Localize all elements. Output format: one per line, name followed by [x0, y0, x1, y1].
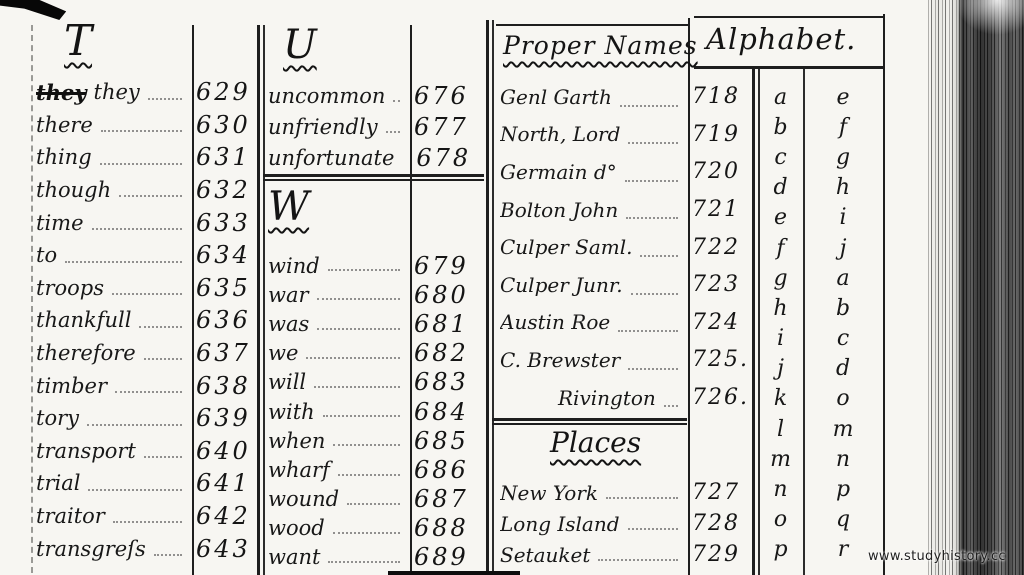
code-entry-row: wound 687: [268, 485, 480, 514]
code-word: there: [36, 113, 93, 137]
code-word: with: [268, 400, 315, 424]
dotted-leader: [148, 98, 182, 100]
code-entry-row: wood 688: [268, 514, 480, 543]
dotted-leader: [620, 105, 678, 107]
code-word: when: [268, 429, 325, 453]
dotted-leader: [317, 298, 400, 300]
dotted-leader: [393, 100, 400, 102]
t-section-header: T: [64, 16, 92, 65]
dotted-leader: [115, 391, 182, 393]
place-name: New York: [500, 481, 598, 505]
code-entry-row: there 630: [36, 109, 254, 142]
plain-letter: d: [758, 175, 803, 200]
places-section-divider: [492, 423, 687, 425]
code-number: 677: [406, 113, 480, 141]
code-entry-row: transport 640: [36, 435, 254, 468]
u-section-divider: [263, 174, 484, 177]
left-margin-rule: [31, 25, 33, 573]
proper-names-header: Proper Names: [503, 31, 698, 60]
places-header: Places: [550, 426, 641, 459]
code-entry-row: C. Brewster 725.: [500, 341, 748, 379]
cipher-letter: q: [803, 507, 883, 532]
cipher-letter: e: [803, 85, 883, 110]
code-entry-row: Culper Saml. 722: [500, 228, 748, 266]
code-word: transport: [36, 439, 136, 463]
code-entry-row: wharf 686: [268, 455, 480, 484]
code-number: 684: [406, 398, 480, 426]
dotted-leader: [65, 261, 182, 263]
code-entry-row: uncommon 676: [268, 80, 480, 111]
code-entry-row: Bolton John 721: [500, 191, 748, 229]
dotted-leader: [628, 142, 678, 144]
dotted-leader: [338, 474, 400, 476]
code-entry-row: Germain d° 720: [500, 153, 748, 191]
plain-letter: n: [758, 477, 803, 502]
place-name: Long Island: [500, 512, 620, 536]
plain-letter: b: [758, 115, 803, 140]
proper-name: Germain d°: [500, 160, 617, 184]
dotted-leader: [640, 255, 678, 257]
code-entry-row: Genl Garth 718: [500, 78, 748, 116]
code-entry-row: unfortunate 678: [268, 142, 480, 173]
torn-corner-mark: [0, 0, 67, 22]
column-divider: [492, 20, 494, 575]
code-entry-row: war 680: [268, 280, 480, 309]
code-word: will: [268, 370, 306, 394]
dotted-leader: [306, 357, 400, 359]
proper-name: Culper Saml.: [500, 235, 632, 259]
code-number: 719: [684, 122, 748, 147]
code-number: 638: [188, 372, 254, 400]
code-entry-row: trial 641: [36, 467, 254, 500]
code-entry-row: tory 639: [36, 402, 254, 435]
code-word: war: [268, 283, 309, 307]
code-entry-row: timber 638: [36, 369, 254, 402]
code-number: 686: [406, 456, 480, 484]
code-entry-row: though 632: [36, 174, 254, 207]
code-entry-row: will 683: [268, 368, 480, 397]
code-word: wound: [268, 487, 339, 511]
code-entry-row: was 681: [268, 309, 480, 338]
code-number: 682: [406, 339, 480, 367]
places-list: New York 727 Long Island 728 Setauket 72…: [500, 477, 748, 575]
cipher-letter: j: [803, 236, 883, 261]
code-number: 688: [406, 514, 480, 542]
plain-letter: l: [758, 417, 803, 442]
code-word: trial: [36, 471, 80, 495]
code-entry-row: to 634: [36, 239, 254, 272]
code-word: tory: [36, 406, 79, 430]
code-word: troops: [36, 276, 104, 300]
dotted-leader: [154, 554, 182, 556]
alphabet-row: d h: [758, 173, 883, 203]
cipher-letter: c: [803, 326, 883, 351]
alphabet-row: m n: [758, 444, 883, 474]
dotted-leader: [139, 326, 182, 328]
alphabet-row: p r: [758, 535, 883, 565]
dotted-leader: [144, 456, 182, 458]
proper-name: Rivington: [558, 386, 656, 410]
code-word: though: [36, 178, 111, 202]
code-number: 687: [406, 485, 480, 513]
alphabet-row: e i: [758, 203, 883, 233]
code-number: 678: [408, 144, 480, 172]
code-number: 729: [684, 542, 748, 567]
code-number: 718: [684, 84, 748, 109]
code-entry-row: we 682: [268, 339, 480, 368]
code-number: 629: [188, 78, 254, 106]
cipher-letter: g: [803, 145, 883, 170]
code-entry-row: therefore 637: [36, 337, 254, 370]
code-entry-row: Austin Roe 724: [500, 304, 748, 342]
alphabet-row: b f: [758, 112, 883, 142]
dotted-leader: [328, 561, 400, 563]
dotted-leader: [333, 444, 400, 446]
code-entry-row: traitor 642: [36, 500, 254, 533]
alphabet-header-rule: [694, 66, 884, 69]
names-top-border: [496, 24, 688, 26]
dotted-leader: [628, 528, 678, 530]
code-word: they: [94, 80, 140, 104]
code-number: 680: [406, 281, 480, 309]
cipher-letter: f: [803, 115, 883, 140]
column-divider: [486, 20, 489, 575]
code-word: time: [36, 211, 84, 235]
code-word: wharf: [268, 458, 330, 482]
t-word-list: they they 629 there 630 thing 631 though…: [36, 76, 254, 570]
w-word-list: wind 679 war 680 was 681 we 682 will 683: [268, 251, 480, 575]
plain-letter: j: [758, 356, 803, 381]
cipher-letter: d: [803, 356, 883, 381]
dotted-leader: [626, 217, 678, 219]
plain-letter: m: [758, 447, 803, 472]
code-number: 676: [406, 82, 480, 110]
proper-name: Culper Junr.: [500, 273, 623, 297]
code-word: unfortunate: [268, 146, 394, 170]
code-word: unfriendly: [268, 115, 378, 139]
alphabet-row: j d: [758, 354, 883, 384]
plain-letter: i: [758, 326, 803, 351]
place-name: Setauket: [500, 543, 590, 567]
plain-letter: o: [758, 507, 803, 532]
code-word: traitor: [36, 504, 105, 528]
cipher-letter: i: [803, 205, 883, 230]
cipher-letter: h: [803, 175, 883, 200]
u-word-list: uncommon 676 unfriendly 677 unfortunate …: [268, 80, 480, 174]
code-number: 724: [684, 310, 748, 335]
code-entry-row: time 633: [36, 206, 254, 239]
code-number: 640: [188, 437, 254, 465]
code-number: 635: [188, 274, 254, 302]
alphabet-row: n p: [758, 474, 883, 504]
dotted-leader: [598, 559, 678, 561]
code-number: 636: [188, 306, 254, 334]
code-entry-row: Rivington 726.: [500, 379, 748, 417]
code-entry-row: thankfull 636: [36, 304, 254, 337]
code-number: 681: [406, 310, 480, 338]
alphabet-row: c g: [758, 142, 883, 172]
code-number: 630: [188, 111, 254, 139]
dotted-leader: [87, 424, 182, 426]
cipher-letter: p: [803, 477, 883, 502]
book-page-edges: [928, 0, 1024, 575]
places-section-divider: [492, 418, 687, 421]
struck-word: they: [36, 80, 87, 105]
code-entry-row: they they 629: [36, 76, 254, 109]
dotted-leader: [618, 330, 678, 332]
dotted-leader: [101, 130, 182, 132]
alphabet-row: h b: [758, 293, 883, 323]
code-number: 721: [684, 197, 748, 222]
alphabet-row: k o: [758, 384, 883, 414]
code-number: 642: [188, 502, 254, 530]
cipher-letter: n: [803, 447, 883, 472]
dotted-leader: [664, 405, 678, 407]
code-number: 633: [188, 209, 254, 237]
codebook-page: www.studyhistory.cc T U W Proper Names A…: [0, 0, 1024, 575]
code-number: 683: [406, 368, 480, 396]
code-word: wood: [268, 516, 325, 540]
code-entry-row: want 689: [268, 543, 480, 572]
code-word: to: [36, 243, 57, 267]
code-entry-row: North, Lord 719: [500, 116, 748, 154]
dotted-leader: [119, 195, 182, 197]
dotted-leader: [112, 293, 182, 295]
code-word: wind: [268, 254, 320, 278]
u-section-divider: [263, 179, 484, 181]
code-number: 637: [188, 339, 254, 367]
cipher-letter: b: [803, 296, 883, 321]
column-divider: [257, 25, 260, 575]
alphabet-cipher-list: a e b f c g d h e i f j g a h b: [758, 82, 883, 570]
alphabet-left-divider: [752, 66, 755, 575]
alphabet-row: o q: [758, 505, 883, 535]
dotted-leader: [317, 328, 400, 330]
code-entry-row: when 685: [268, 426, 480, 455]
code-entry-row: New York 727: [500, 477, 748, 508]
dotted-leader: [314, 386, 400, 388]
proper-name: C. Brewster: [500, 348, 620, 372]
code-number: 723: [684, 272, 748, 297]
plain-letter: h: [758, 296, 803, 321]
code-word: transgreſs: [36, 537, 146, 561]
proper-names-list: Genl Garth 718 North, Lord 719 Germain d…: [500, 78, 748, 418]
plain-letter: c: [758, 145, 803, 170]
dotted-leader: [606, 497, 678, 499]
code-number: 725.: [684, 347, 748, 372]
plain-letter: p: [758, 537, 803, 562]
code-entry-row: troops 635: [36, 272, 254, 305]
code-word: want: [268, 545, 320, 569]
dotted-leader: [88, 489, 182, 491]
plain-letter: f: [758, 236, 803, 261]
dotted-leader: [100, 163, 182, 165]
code-word: timber: [36, 374, 107, 398]
code-number: 726.: [684, 385, 748, 410]
code-entry-row: thing 631: [36, 141, 254, 174]
code-entry-row: transgreſs 643: [36, 532, 254, 565]
code-number: 679: [406, 252, 480, 280]
code-number: 685: [406, 427, 480, 455]
dotted-leader: [631, 293, 678, 295]
code-entry-row: Long Island 728: [500, 508, 748, 539]
plain-letter: a: [758, 85, 803, 110]
proper-name: North, Lord: [500, 122, 620, 146]
code-number: 639: [188, 404, 254, 432]
code-entry-row: Culper Junr. 723: [500, 266, 748, 304]
cipher-letter: o: [803, 386, 883, 411]
dotted-leader: [323, 415, 400, 417]
code-word: we: [268, 341, 298, 365]
code-number: 632: [188, 176, 254, 204]
code-word: was: [268, 312, 309, 336]
proper-name: Austin Roe: [500, 310, 610, 334]
alphabet-row: i c: [758, 324, 883, 354]
u-section-header: U: [283, 22, 317, 68]
dotted-leader: [628, 368, 678, 370]
code-number: 722: [684, 235, 748, 260]
code-number: 634: [188, 241, 254, 269]
code-entry-row: unfriendly 677: [268, 111, 480, 142]
dotted-leader: [333, 532, 400, 534]
watermark-text: www.studyhistory.cc: [868, 549, 1006, 564]
alphabet-header: Alphabet.: [706, 22, 856, 56]
alphabet-top-border: [694, 16, 884, 18]
plain-letter: g: [758, 266, 803, 291]
code-number: 641: [188, 469, 254, 497]
code-entry-row: with 684: [268, 397, 480, 426]
code-number: 631: [188, 143, 254, 171]
dotted-leader: [347, 503, 400, 505]
plain-letter: e: [758, 205, 803, 230]
dotted-leader: [386, 131, 400, 133]
dotted-leader: [92, 228, 183, 230]
alphabet-row: g a: [758, 263, 883, 293]
code-word: thing: [36, 145, 92, 169]
table-right-border: [883, 14, 885, 575]
dotted-leader: [144, 358, 182, 360]
plain-letter: k: [758, 386, 803, 411]
proper-name: Genl Garth: [500, 85, 612, 109]
dotted-leader: [113, 521, 182, 523]
dotted-leader: [328, 269, 400, 271]
code-number: 728: [684, 511, 748, 536]
code-number: 643: [188, 535, 254, 563]
alphabet-row: a e: [758, 82, 883, 112]
dotted-leader: [625, 180, 678, 182]
cipher-letter: a: [803, 266, 883, 291]
alphabet-row: f j: [758, 233, 883, 263]
code-number: 720: [684, 159, 748, 184]
cipher-letter: m: [803, 417, 883, 442]
w-section-header: W: [268, 184, 309, 230]
code-word: uncommon: [268, 84, 385, 108]
column-divider: [263, 25, 265, 575]
code-number: 689: [406, 543, 480, 571]
code-word: therefore: [36, 341, 136, 365]
proper-name: Bolton John: [500, 198, 618, 222]
code-entry-row: wind 679: [268, 251, 480, 280]
code-entry-row: Setauket 729: [500, 539, 748, 570]
code-number: 727: [684, 480, 748, 505]
alphabet-row: l m: [758, 414, 883, 444]
code-word: thankfull: [36, 308, 131, 332]
